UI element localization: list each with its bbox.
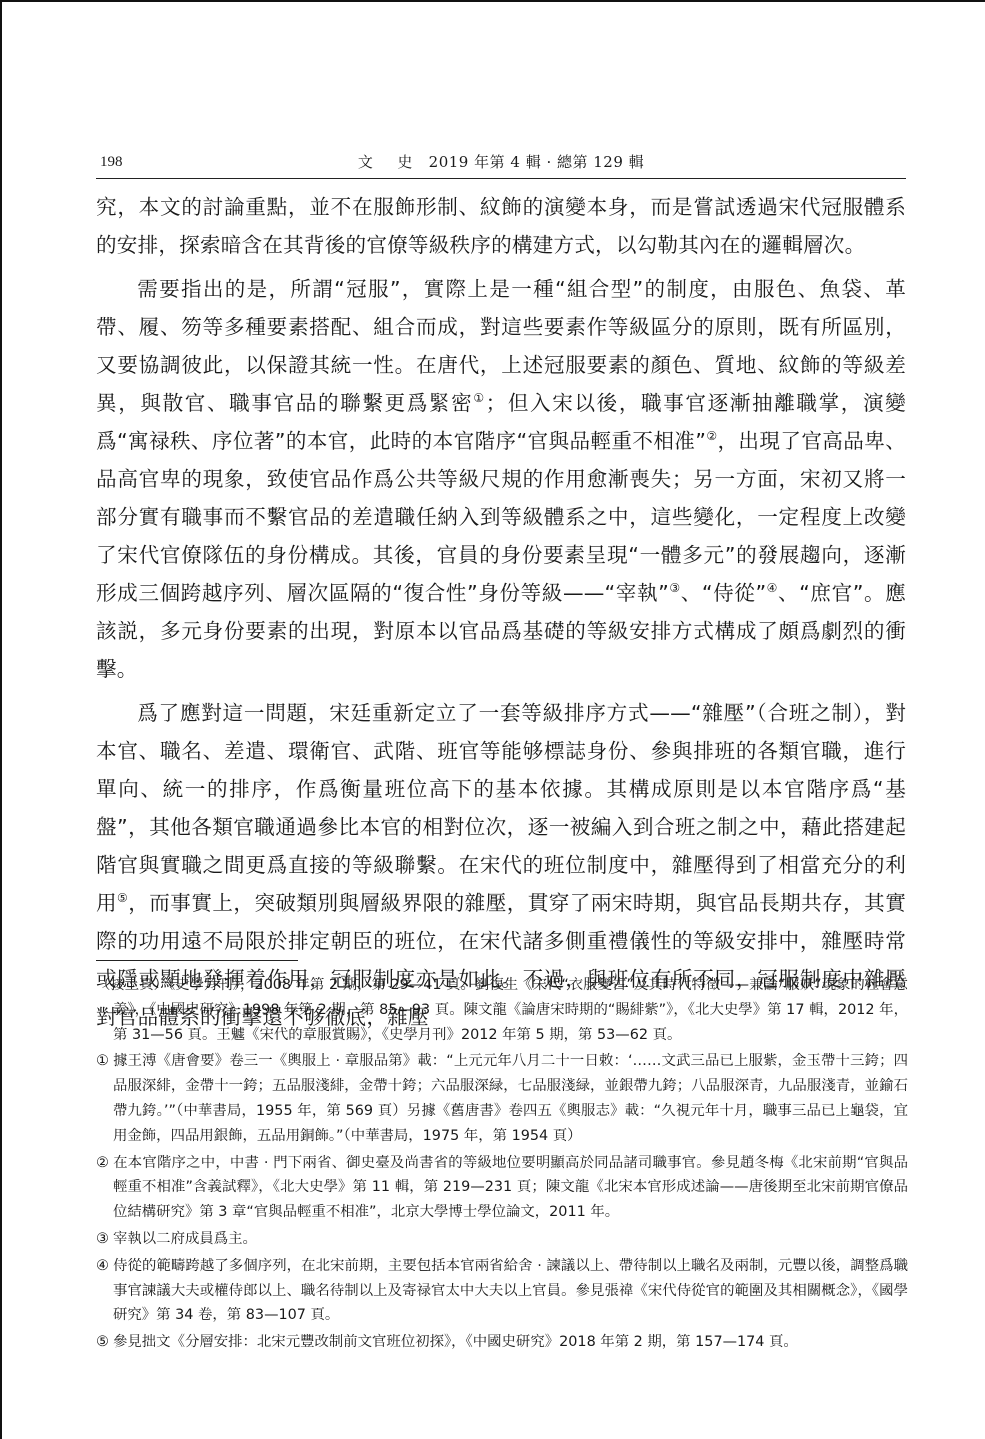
footnote-text: 宰執以二府成員爲主。: [113, 1231, 257, 1247]
journal-name-char-2: 史: [397, 153, 413, 171]
footnote: ⑤參見拙文《分層安排：北宋元豐改制前文官班位初探》，《中國史研究》2018 年第…: [96, 1330, 908, 1355]
footnote: （接上頁）《史學月刊》，2008 年第 2 期，第 29—41 頁。劉復生《宋代…: [96, 973, 908, 1047]
footnote-marker: ⑤: [96, 1330, 113, 1355]
paragraph-text: 爲了應對這一問題，宋廷重新定立了一套等級排序方式——“雜壓”（合班之制），對本官…: [96, 701, 906, 915]
footnote-text: 參見拙文《分層安排：北宋元豐改制前文官班位初探》，《中國史研究》2018 年第 …: [113, 1334, 798, 1350]
paragraph-text: 究，本文的討論重點，並不在服飾形制、紋飾的演變本身，而是嘗試透過宋代冠服體系的安…: [96, 195, 906, 257]
footnote-text: 據王溥《唐會要》卷三一《輿服上 · 章服品第》載：“上元元年八月二十一日敕：‘……: [113, 1053, 908, 1143]
article-body: 究，本文的討論重點，並不在服飾形制、紋飾的演變本身，而是嘗試透過宋代冠服體系的安…: [96, 188, 906, 1036]
body-paragraph: 究，本文的討論重點，並不在服飾形制、紋飾的演變本身，而是嘗試透過宋代冠服體系的安…: [96, 188, 906, 264]
footnote: ③宰執以二府成員爲主。: [96, 1227, 908, 1252]
footnote: ②在本官階序之中，中書 · 門下兩省、御史臺及尚書省的等級地位要明顯高於同品諸司…: [96, 1151, 908, 1225]
paragraph-text: ，出現了官高品卑、品高官卑的現象，致使官品作爲公共等級尺規的作用愈漸喪失；另一方…: [96, 429, 906, 605]
footnote-reference[interactable]: ④: [766, 581, 778, 595]
footnote-reference[interactable]: ②: [706, 429, 717, 443]
paragraph-text: 、“侍從”: [681, 581, 767, 605]
footnotes: （接上頁）《史學月刊》，2008 年第 2 期，第 29—41 頁。劉復生《宋代…: [96, 973, 908, 1357]
footnote: ①據王溥《唐會要》卷三一《輿服上 · 章服品第》載：“上元元年八月二十一日敕：‘…: [96, 1049, 908, 1148]
journal-title: 文史 2019 年第 4 輯 · 總第 129 輯: [96, 150, 906, 174]
footnote-reference[interactable]: ①: [473, 391, 485, 405]
footnote-text: 侍從的範疇跨越了多個序列，在北宋前期，主要包括本官兩省給舍 · 諫議以上、帶待制…: [113, 1258, 908, 1324]
footnote-reference[interactable]: ⑤: [117, 891, 128, 905]
body-paragraph: 需要指出的是，所謂“冠服”，實際上是一種“組合型”的制度，由服色、魚袋、革帶、履…: [96, 270, 906, 688]
footnote: ④侍從的範疇跨越了多個序列，在北宋前期，主要包括本官兩省給舍 · 諫議以上、帶待…: [96, 1254, 908, 1328]
journal-issue: 2019 年第 4 輯 · 總第 129 輯: [429, 153, 645, 171]
footnote-marker: ③: [96, 1227, 113, 1252]
footnote-text: 在本官階序之中，中書 · 門下兩省、御史臺及尚書省的等級地位要明顯高於同品諸司職…: [113, 1155, 908, 1221]
header-rule: [96, 178, 906, 179]
journal-name-char-1: 文: [358, 153, 374, 171]
footnote-rule: [96, 960, 298, 961]
footnote-text: （接上頁）《史學月刊》，2008 年第 2 期，第 29—41 頁。劉復生《宋代…: [96, 977, 908, 1043]
footnote-reference[interactable]: ③: [669, 581, 681, 595]
running-header: 198 文史 2019 年第 4 輯 · 總第 129 輯: [96, 150, 906, 174]
footnote-marker: ②: [96, 1151, 113, 1176]
footnote-marker: ④: [96, 1254, 113, 1279]
footnote-marker: ①: [96, 1049, 113, 1074]
